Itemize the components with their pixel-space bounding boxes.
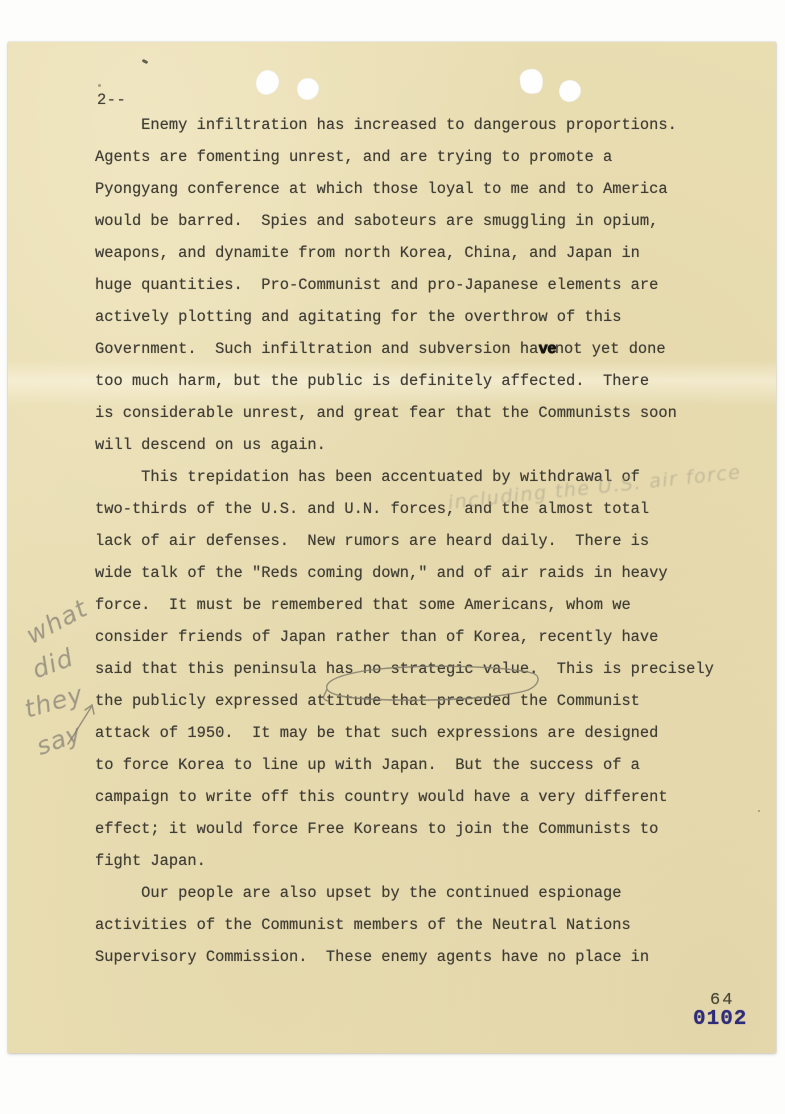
margin-note-word: say — [32, 718, 85, 761]
typed-text: activities of the Communist members of t… — [95, 916, 631, 934]
typed-line: consider friends of Japan rather than of… — [95, 621, 755, 653]
typed-line: said that this peninsula has no strategi… — [95, 653, 755, 685]
typed-line: would be barred. Spies and saboteurs are… — [95, 205, 755, 237]
typed-line: Pyongyang conference at which those loya… — [95, 173, 755, 205]
typed-text: would be barred. Spies and saboteurs are… — [95, 212, 658, 230]
typed-text: will descend on us again. — [95, 436, 326, 454]
ink-speck — [758, 810, 760, 812]
margin-note-word: they — [21, 679, 87, 723]
typed-line: will descend on us again. — [95, 429, 755, 461]
ink-speck — [142, 59, 149, 64]
typed-line: force. It must be remembered that some A… — [95, 589, 755, 621]
typed-text: too much harm, but the public is definit… — [95, 372, 649, 390]
typed-line: weapons, and dynamite from north Korea, … — [95, 237, 755, 269]
typed-line: actively plotting and agitating for the … — [95, 301, 755, 333]
typed-text: effect; it would force Free Koreans to j… — [95, 820, 658, 838]
folio-number-stamp: 0102 — [693, 1008, 747, 1031]
typed-line: Enemy infiltration has increased to dang… — [95, 109, 755, 141]
punch-hole — [559, 80, 581, 102]
typed-line: effect; it would force Free Koreans to j… — [95, 813, 755, 845]
typed-text: Enemy infiltration has increased to dang… — [95, 116, 677, 134]
typed-text: force. It must be remembered that some A… — [95, 596, 631, 614]
typed-line: campaign to write off this country would… — [95, 781, 755, 813]
typed-text: consider friends of Japan rather than of… — [95, 628, 658, 646]
typed-line: This trepidation has been accentuated by… — [95, 461, 755, 493]
typed-text: said that this peninsula has no strategi… — [95, 660, 714, 678]
typed-text: lack of air defenses. New rumors are hea… — [95, 532, 649, 550]
typed-text: Supervisory Commission. These enemy agen… — [95, 948, 649, 966]
ink-speck — [98, 84, 101, 87]
typed-text: campaign to write off this country would… — [95, 788, 668, 806]
typed-line: the publicly expressed attitude that pre… — [95, 685, 755, 717]
typed-text: to force Korea to line up with Japan. Bu… — [95, 756, 640, 774]
typed-line: wide talk of the "Reds coming down," and… — [95, 557, 755, 589]
pencil-arrow — [68, 705, 94, 744]
margin-note-word: what — [21, 593, 92, 649]
typed-line: lack of air defenses. New rumors are hea… — [95, 525, 755, 557]
typed-line: two-thirds of the U.S. and U.N. forces, … — [95, 493, 755, 525]
document-paper: 2-- Enemy infiltration has increased to … — [8, 42, 776, 1053]
typed-line: Agents are fomenting unrest, and are try… — [95, 141, 755, 173]
typed-text: weapons, and dynamite from north Korea, … — [95, 244, 640, 262]
typed-line: fight Japan. — [95, 845, 755, 877]
typed-line: Government. Such infiltration and subver… — [95, 333, 755, 365]
typed-text: fight Japan. — [95, 852, 206, 870]
typed-text: Pyongyang conference at which those loya… — [95, 180, 668, 198]
typed-text: Government. Such infiltration and subver… — [95, 340, 538, 358]
typed-line: too much harm, but the public is definit… — [95, 365, 755, 397]
margin-note-word: did — [28, 643, 77, 685]
typed-text: is considerable unrest, and great fear t… — [95, 404, 677, 422]
typed-text: wide talk of the "Reds coming down," and… — [95, 564, 668, 582]
punch-hole — [518, 68, 544, 96]
typed-line: Supervisory Commission. These enemy agen… — [95, 941, 755, 973]
overstruck-text: ve — [538, 340, 555, 358]
punch-hole — [297, 78, 319, 100]
typed-text: Our people are also upset by the continu… — [95, 884, 621, 902]
typed-text: attack of 1950. It may be that such expr… — [95, 724, 658, 742]
typed-line: to force Korea to line up with Japan. Bu… — [95, 749, 755, 781]
typed-text: Agents are fomenting unrest, and are try… — [95, 148, 612, 166]
typed-text: actively plotting and agitating for the … — [95, 308, 621, 326]
typed-text: not yet done — [555, 340, 666, 358]
typed-line: is considerable unrest, and great fear t… — [95, 397, 755, 429]
typed-text: two-thirds of the U.S. and U.N. forces, … — [95, 500, 649, 518]
typed-line: Our people are also upset by the continu… — [95, 877, 755, 909]
typed-text: the publicly expressed attitude that pre… — [95, 692, 640, 710]
typed-text: huge quantities. Pro-Communist and pro-J… — [95, 276, 658, 294]
typed-line: huge quantities. Pro-Communist and pro-J… — [95, 269, 755, 301]
punch-hole — [254, 68, 282, 97]
typed-line: activities of the Communist members of t… — [95, 909, 755, 941]
typed-line: attack of 1950. It may be that such expr… — [95, 717, 755, 749]
typed-text-body: Enemy infiltration has increased to dang… — [95, 109, 755, 973]
page-number: 2-- — [97, 91, 126, 109]
typed-text: This trepidation has been accentuated by… — [95, 468, 640, 486]
